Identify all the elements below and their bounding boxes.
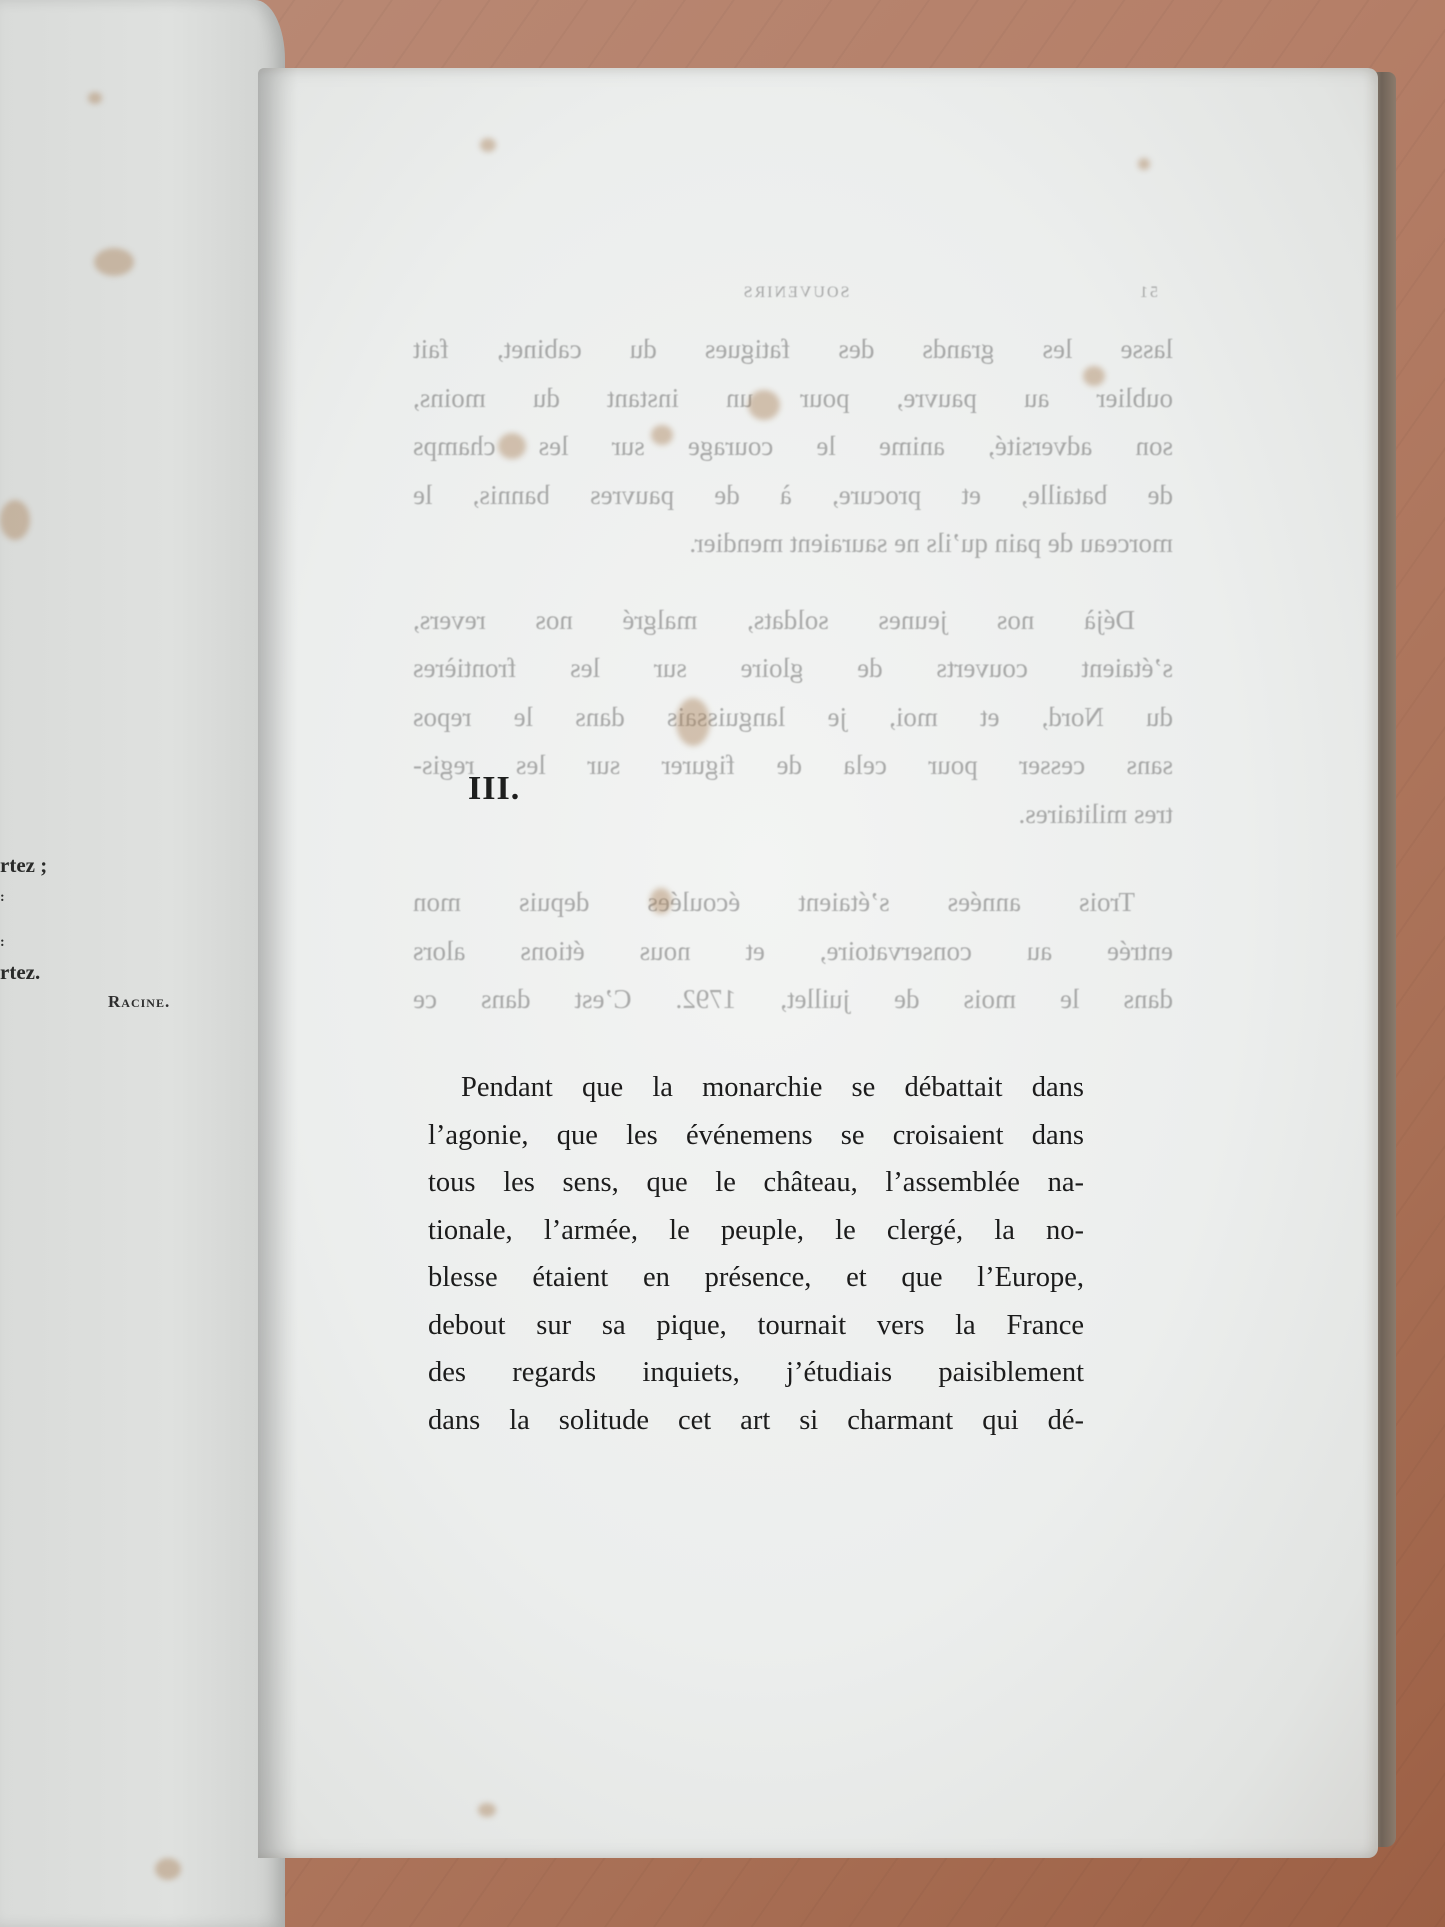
show-through-paragraph: lasse les grands des fatigues du cabinet… — [413, 325, 1173, 568]
foxing-spot — [155, 1858, 181, 1880]
foxing-spot — [1083, 366, 1105, 386]
show-through-line: morceau de pain qu’ils ne sauraient mend… — [413, 519, 1173, 568]
gutter-shadow — [258, 68, 298, 1858]
text-line: blesse étaient en présence, et que l’Eur… — [428, 1254, 1084, 1302]
show-through-line: Trois années s’étaient écoulées depuis m… — [413, 878, 1173, 927]
show-through-line: s’étaient couverts de gloire sur les fro… — [413, 644, 1173, 693]
foxing-spot — [650, 888, 672, 914]
show-through-line: lasse les grands des fatigues du cabinet… — [413, 325, 1173, 374]
foxing-spot — [748, 390, 780, 420]
foxing-spot — [88, 92, 102, 104]
foxing-spot — [478, 1803, 496, 1817]
show-through-line: sans cesser pour cela de figurer sur les… — [413, 741, 1173, 790]
show-through-line: oublier au pauvre, pour un instant du mo… — [413, 374, 1173, 423]
text-line: debout sur sa pique, tournait vers la Fr… — [428, 1302, 1084, 1350]
show-through-line: dans le mois de juillet, 1792. C’est dan… — [413, 975, 1173, 1024]
body-paragraph: Pendant que la monarchie se débattait da… — [428, 1064, 1084, 1444]
show-through-line: entrée au conservatoire, et nous étions … — [413, 927, 1173, 976]
show-through-running-head: SOUVENIRS — [742, 283, 850, 303]
text-line: l’agonie, que les événemens se croisaien… — [428, 1112, 1084, 1160]
show-through-header: 51 SOUVENIRS — [413, 283, 1173, 303]
foxing-spot — [480, 138, 496, 152]
show-through-page-number: 51 — [1138, 283, 1158, 303]
show-through-paragraph: Déjà nos jeunes soldats, malgré nos reve… — [413, 596, 1173, 839]
verse-line: : — [0, 890, 5, 906]
show-through-text: 51 SOUVENIRS lasse les grands des fatigu… — [413, 283, 1173, 1052]
verse-line: : — [0, 935, 5, 951]
chapter-number: III. — [468, 770, 520, 808]
foxing-spot — [651, 425, 673, 445]
text-line: tous les sens, que le château, l’assembl… — [428, 1159, 1084, 1207]
foxing-spot — [1138, 158, 1150, 170]
show-through-line: Déjà nos jeunes soldats, malgré nos reve… — [413, 596, 1173, 645]
foxing-spot — [498, 433, 526, 459]
show-through-line: du Nord, et moi, je languissais dans le … — [413, 693, 1173, 742]
text-line: des regards inquiets, j’étudiais paisibl… — [428, 1349, 1084, 1397]
verse-line: rtez. — [0, 960, 40, 985]
text-line: Pendant que la monarchie se débattait da… — [428, 1064, 1084, 1112]
foxing-spot — [0, 500, 30, 540]
foxing-spot — [94, 248, 134, 276]
foxing-spot — [676, 698, 710, 746]
left-facing-page: rtez ; : : rtez. Racine. — [0, 0, 285, 1927]
verse-line: rtez ; — [0, 853, 47, 878]
show-through-line: son adversité, anime le courage sur les … — [413, 422, 1173, 471]
show-through-line: de bataille, et procure, à de pauvres ba… — [413, 471, 1173, 520]
show-through-line: tres militaires. — [413, 790, 1173, 839]
quotation-attribution: Racine. — [108, 992, 170, 1012]
right-page: 51 SOUVENIRS lasse les grands des fatigu… — [258, 68, 1378, 1858]
text-line: dans la solitude cet art si charmant qui… — [428, 1397, 1084, 1445]
show-through-paragraph: Trois années s’étaient écoulées depuis m… — [413, 878, 1173, 1024]
text-line: tionale, l’armée, le peuple, le clergé, … — [428, 1207, 1084, 1255]
